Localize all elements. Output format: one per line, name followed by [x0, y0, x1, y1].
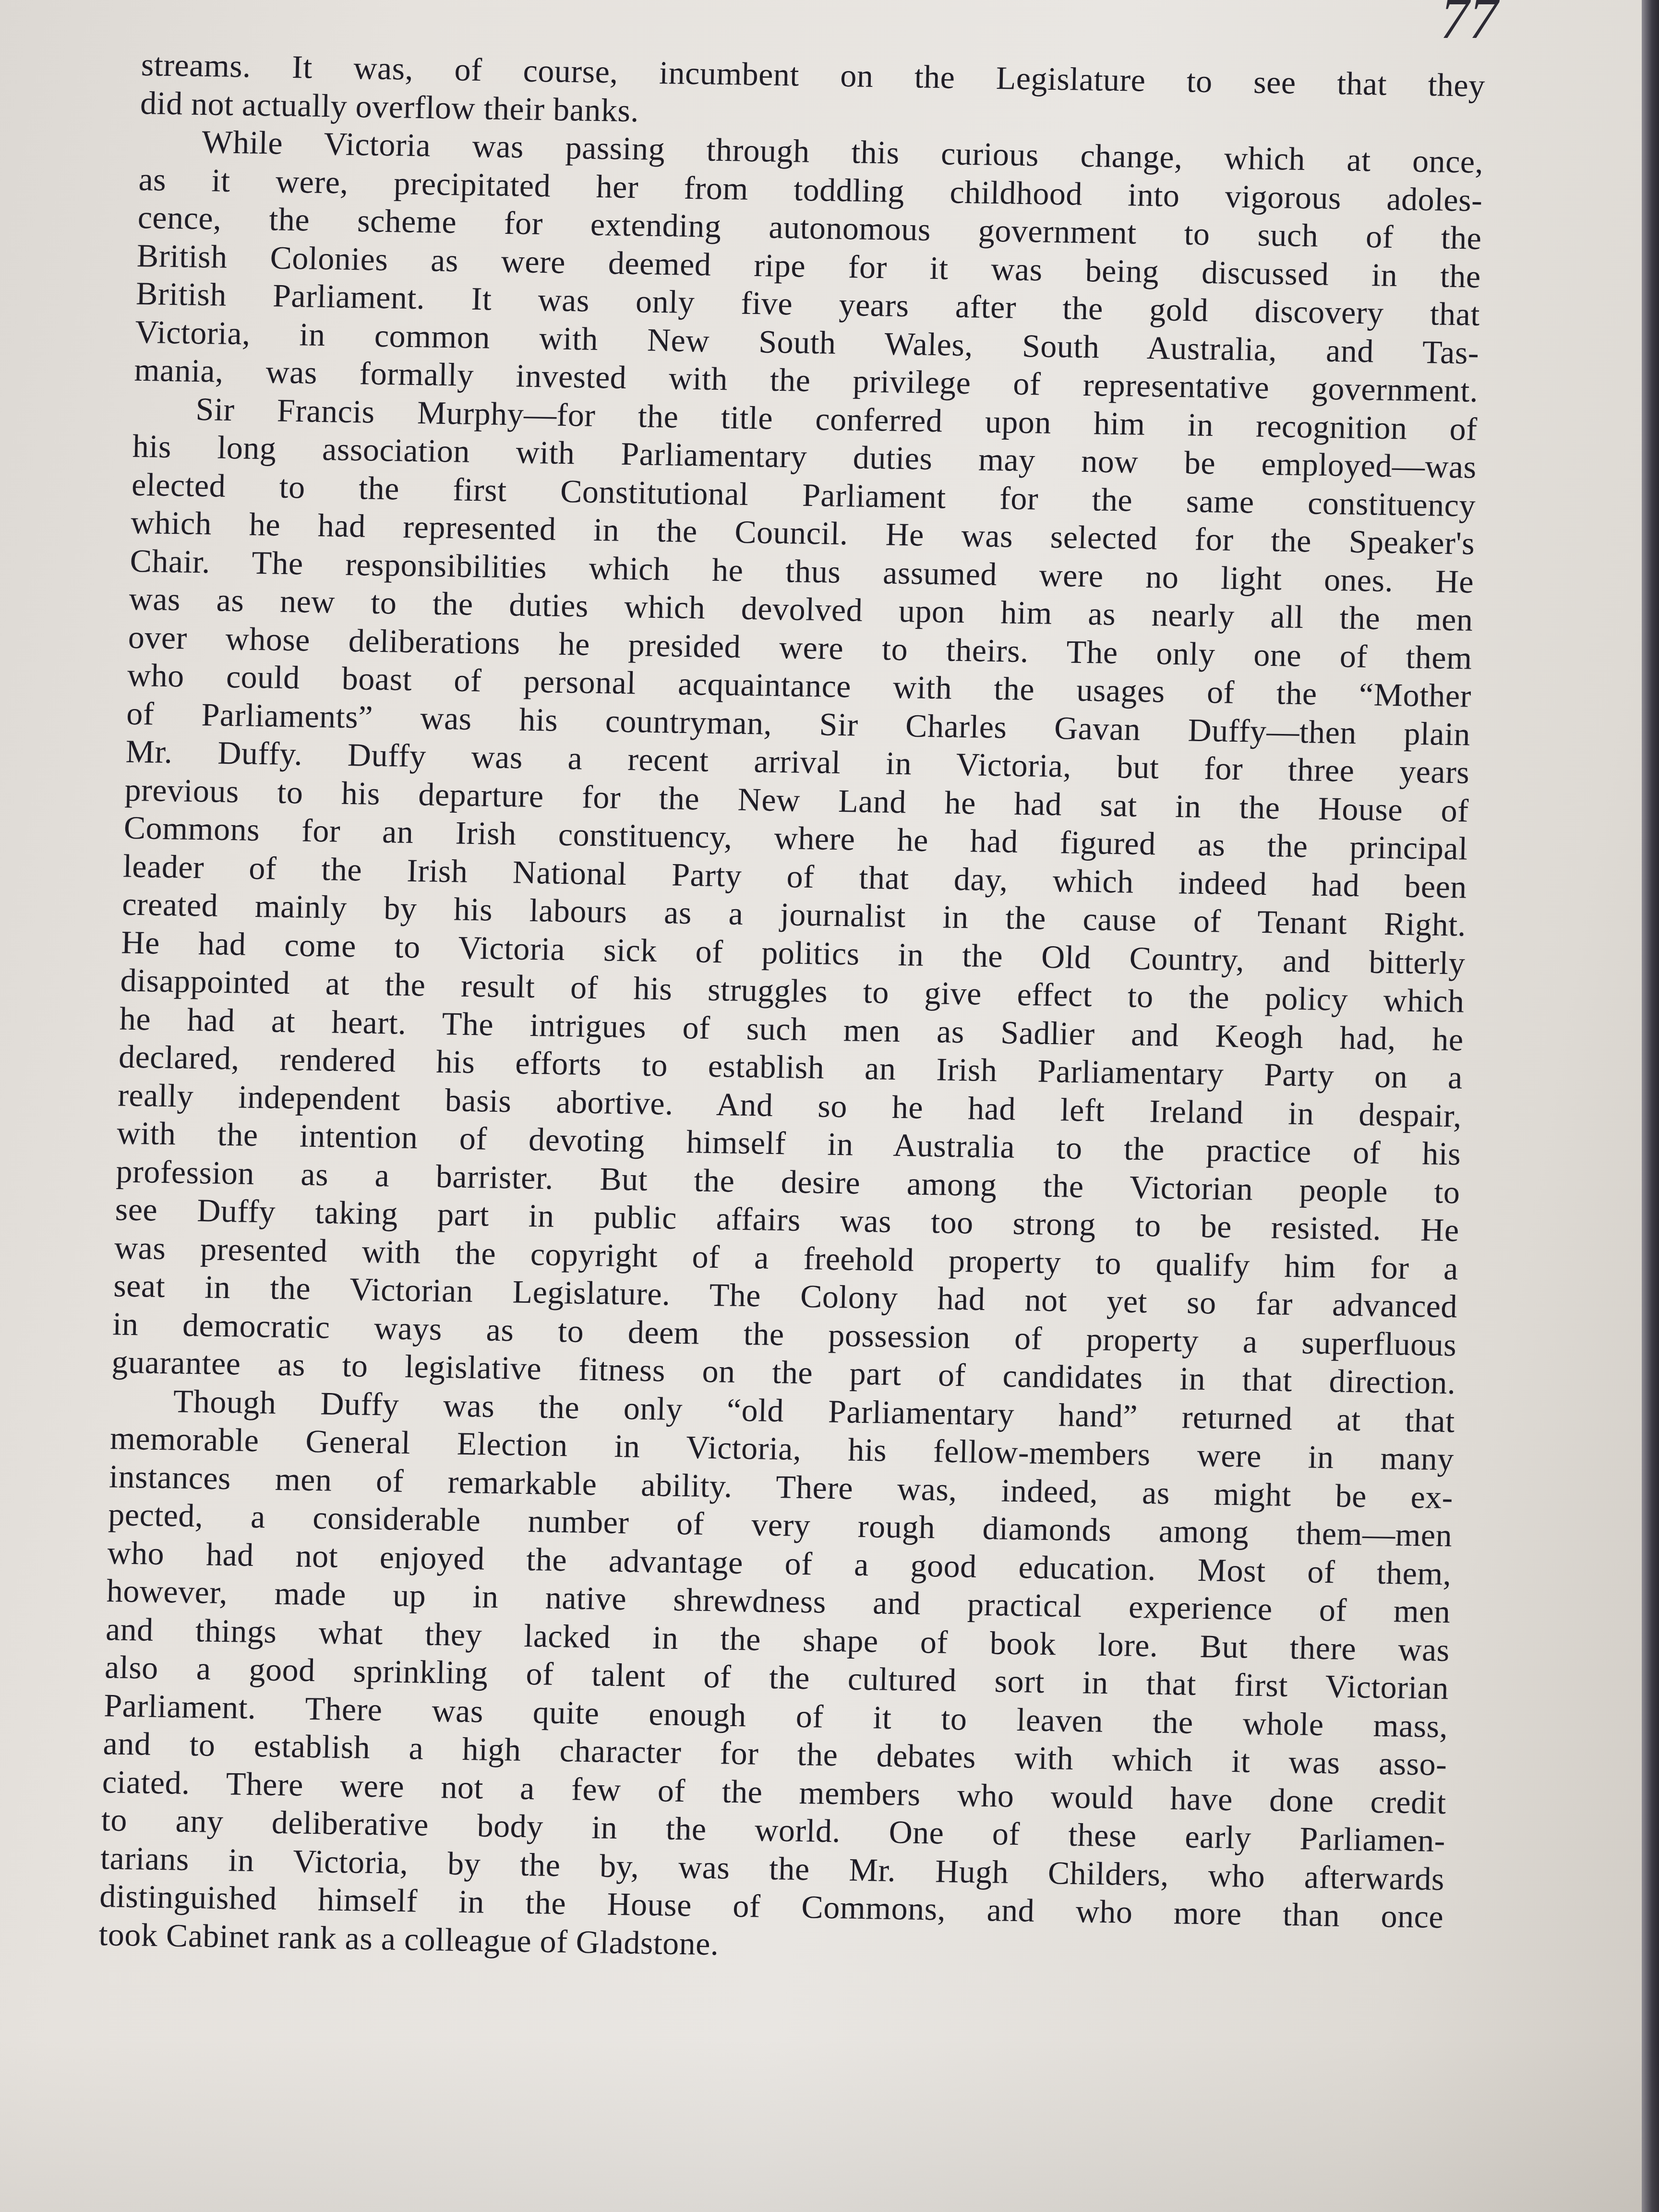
- book-gutter-shadow: [1642, 0, 1659, 2212]
- page-shading: [0, 2039, 1659, 2212]
- page-number: 77: [1440, 0, 1498, 52]
- body-text: streams. It was, of course, incumbent on…: [98, 46, 1486, 1974]
